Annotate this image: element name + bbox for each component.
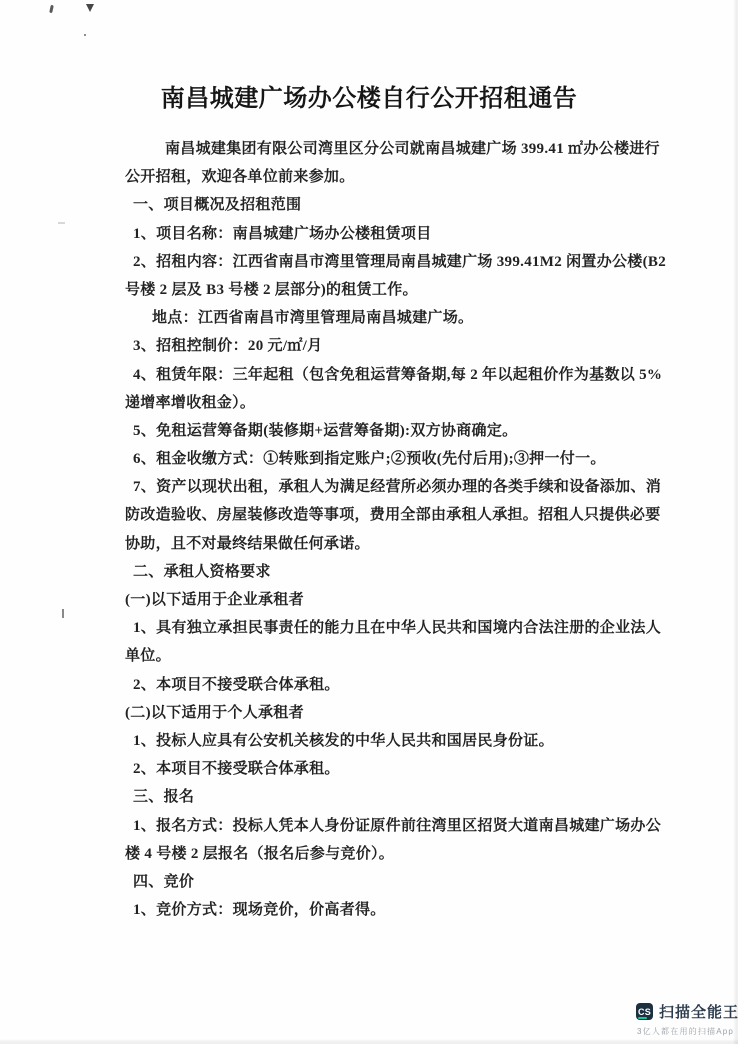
document-line: 2、本项目不接受联合体承租。 — [125, 671, 625, 699]
document-line: 楼 4 号楼 2 层报名（报名后参与竞价）。 — [125, 840, 625, 868]
logo-text: CS — [638, 1007, 651, 1017]
scan-speck — [84, 34, 86, 36]
document-line: 1、具有独立承担民事责任的能力且在中华人民共和国境内合法注册的企业法人 — [125, 614, 625, 642]
document-line: 5、免租运营筹备期(装修期+运营筹备期):双方协商确定。 — [125, 417, 625, 445]
document-line: (一)以下适用于企业承租者 — [125, 586, 625, 614]
scan-speck — [58, 222, 65, 224]
document-line: 地点：江西省南昌市湾里管理局南昌城建广场。 — [125, 304, 625, 332]
scan-speck — [62, 609, 64, 618]
document-line: 2、本项目不接受联合体承租。 — [125, 755, 625, 783]
document-line: 二、承租人资格要求 — [125, 558, 625, 586]
document-line: 4、租赁年限：三年起租（包含免租运营筹备期,每 2 年以起租价作为基数以 5% — [125, 361, 625, 389]
logo-accent — [638, 1017, 647, 1020]
document-line: 单位。 — [125, 642, 625, 670]
document-line: 2、招租内容：江西省南昌市湾里管理局南昌城建广场 399.41M2 闲置办公楼(… — [125, 248, 625, 276]
document-line: 1、项目名称：南昌城建广场办公楼租赁项目 — [125, 220, 625, 248]
app-tagline: 3亿人都在用的扫描App — [637, 1026, 738, 1037]
document-line: (二)以下适用于个人承租者 — [125, 699, 625, 727]
document-line: 南昌城建集团有限公司湾里区分公司就南昌城建广场 399.41 ㎡办公楼进行 — [125, 135, 625, 163]
scanned-document-page: 南昌城建广场办公楼自行公开招租通告 南昌城建集团有限公司湾里区分公司就南昌城建广… — [0, 0, 738, 1044]
document-line: 7、资产以现状出租，承租人为满足经营所必须办理的各类手续和设备添加、消 — [125, 473, 625, 501]
document-line: 1、竞价方式：现场竞价，价高者得。 — [125, 896, 625, 924]
document-line: 6、租金收缴方式：①转账到指定账户;②预收(先付后用);③押一付一。 — [125, 445, 625, 473]
document-line: 号楼 2 层及 B3 号楼 2 层部分)的租赁工作。 — [125, 276, 625, 304]
camscanner-logo-icon: CS — [636, 1003, 653, 1020]
document-line: 四、竞价 — [125, 868, 625, 896]
document-line: 1、投标人应具有公安机关核发的中华人民共和国居民身份证。 — [125, 727, 625, 755]
document-title: 南昌城建广场办公楼自行公开招租通告 — [0, 78, 738, 113]
document-line: 一、项目概况及招租范围 — [125, 191, 625, 219]
document-line: 三、报名 — [125, 783, 625, 811]
document-line: 公开招租，欢迎各单位前来参加。 — [125, 163, 625, 191]
document-body: 南昌城建集团有限公司湾里区分公司就南昌城建广场 399.41 ㎡办公楼进行公开招… — [125, 135, 625, 924]
document-line: 3、招租控制价：20 元/㎡/月 — [125, 332, 625, 360]
scan-speck — [86, 4, 94, 12]
document-line: 防改造验收、房屋装修改造等事项，费用全部由承租人承担。招租人只提供必要 — [125, 501, 625, 529]
watermark-row: CS 扫描全能王™ — [636, 1001, 738, 1022]
scan-speck — [49, 5, 54, 13]
document-line: 递增率增收租金）。 — [125, 389, 625, 417]
app-name-text: 扫描全能王 — [659, 1004, 738, 1021]
app-name: 扫描全能王™ — [659, 1001, 738, 1022]
document-line: 协助，且不对最终结果做任何承诺。 — [125, 530, 625, 558]
document-line: 1、报名方式：投标人凭本人身份证原件前往湾里区招贤大道南昌城建广场办公 — [125, 812, 625, 840]
camscanner-watermark: CS 扫描全能王™ 3亿人都在用的扫描App — [636, 1001, 738, 1037]
